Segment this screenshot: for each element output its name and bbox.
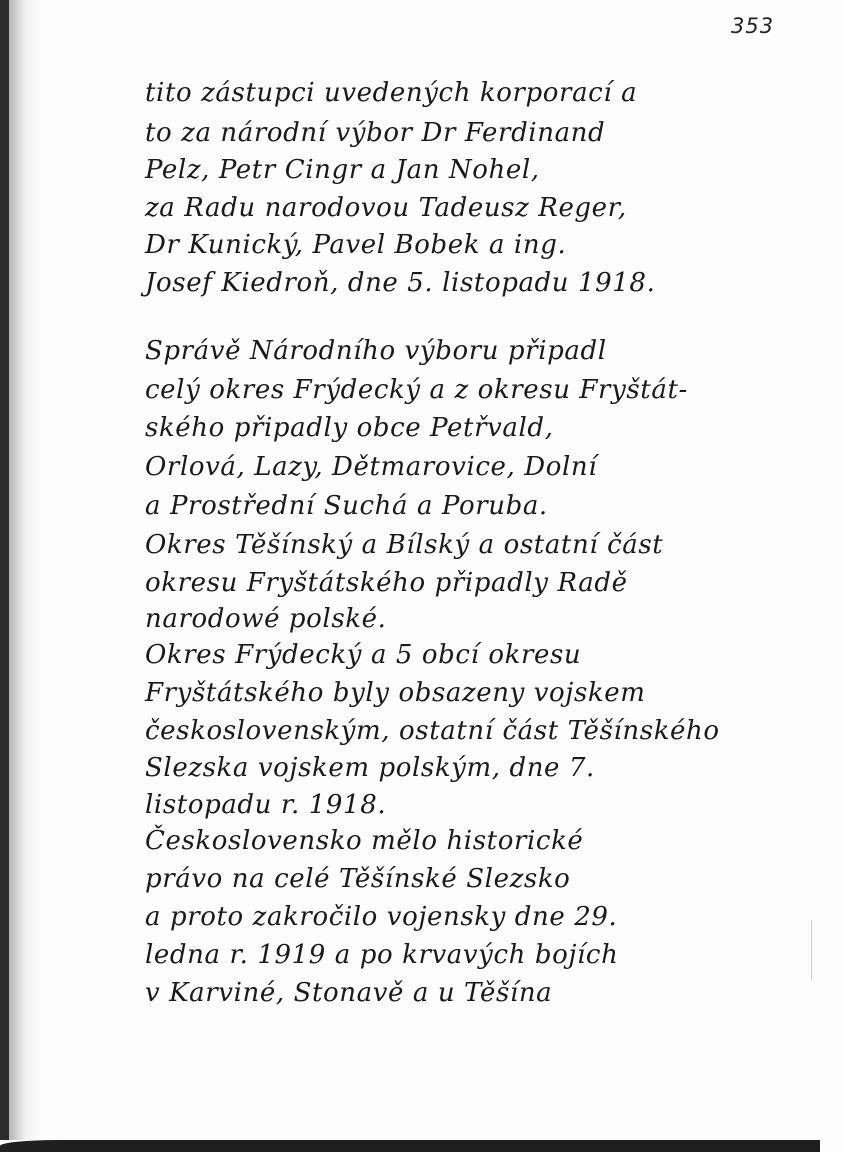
text-line: a Prostřední Suchá a Poruba. <box>145 491 548 521</box>
scan-shadow <box>9 0 41 1140</box>
bottom-scan-edge <box>0 1140 820 1152</box>
text-line: Okres Frýdecký a 5 obcí okresu <box>145 640 581 670</box>
text-line: Okres Těšínský a Bílský a ostatní část <box>145 530 663 560</box>
scan-artifact <box>811 920 812 980</box>
page-number: 353 <box>731 14 774 38</box>
text-line: listopadu r. 1918. <box>145 790 386 820</box>
text-line: Správě Národního výboru připadl <box>145 336 607 366</box>
text-line: Josef Kiedroň, dne 5. listopadu 1918. <box>145 268 655 298</box>
text-line: okresu Fryštátského připadly Radě <box>145 568 628 598</box>
text-line: to za národní výbor Dr Ferdinand <box>145 118 605 148</box>
text-line: celý okres Frýdecký a z okresu Fryštát- <box>145 375 688 405</box>
text-line: Fryštátského byly obsazeny vojskem <box>145 678 646 708</box>
text-line: Pelz, Petr Cingr a Jan Nohel, <box>145 155 540 185</box>
text-line: Slezska vojskem polským, dne 7. <box>145 753 595 783</box>
scanned-page: 353 tito zástupci uvedených korporací a … <box>0 0 842 1152</box>
text-line: československým, ostatní část Těšínského <box>145 716 720 746</box>
text-line: ledna r. 1919 a po krvavých bojích <box>145 940 618 970</box>
text-line: právo na celé Těšínské Slezsko <box>145 864 570 894</box>
binding-edge <box>0 0 9 1140</box>
text-line: Orlová, Lazy, Dětmarovice, Dolní <box>145 452 597 482</box>
text-line: Dr Kunický, Pavel Bobek a ing. <box>145 230 566 260</box>
text-line: a proto zakročilo vojensky dne 29. <box>145 902 617 932</box>
text-line: za Radu narodovou Tadeusz Reger, <box>145 193 627 223</box>
text-line: narodowé polské. <box>145 604 387 634</box>
text-line: ského připadly obce Petřvald, <box>145 413 554 443</box>
text-line: tito zástupci uvedených korporací a <box>145 78 637 108</box>
text-line: Československo mělo historické <box>145 826 583 856</box>
text-line: v Karviné, Stonavě a u Těšína <box>145 978 552 1008</box>
